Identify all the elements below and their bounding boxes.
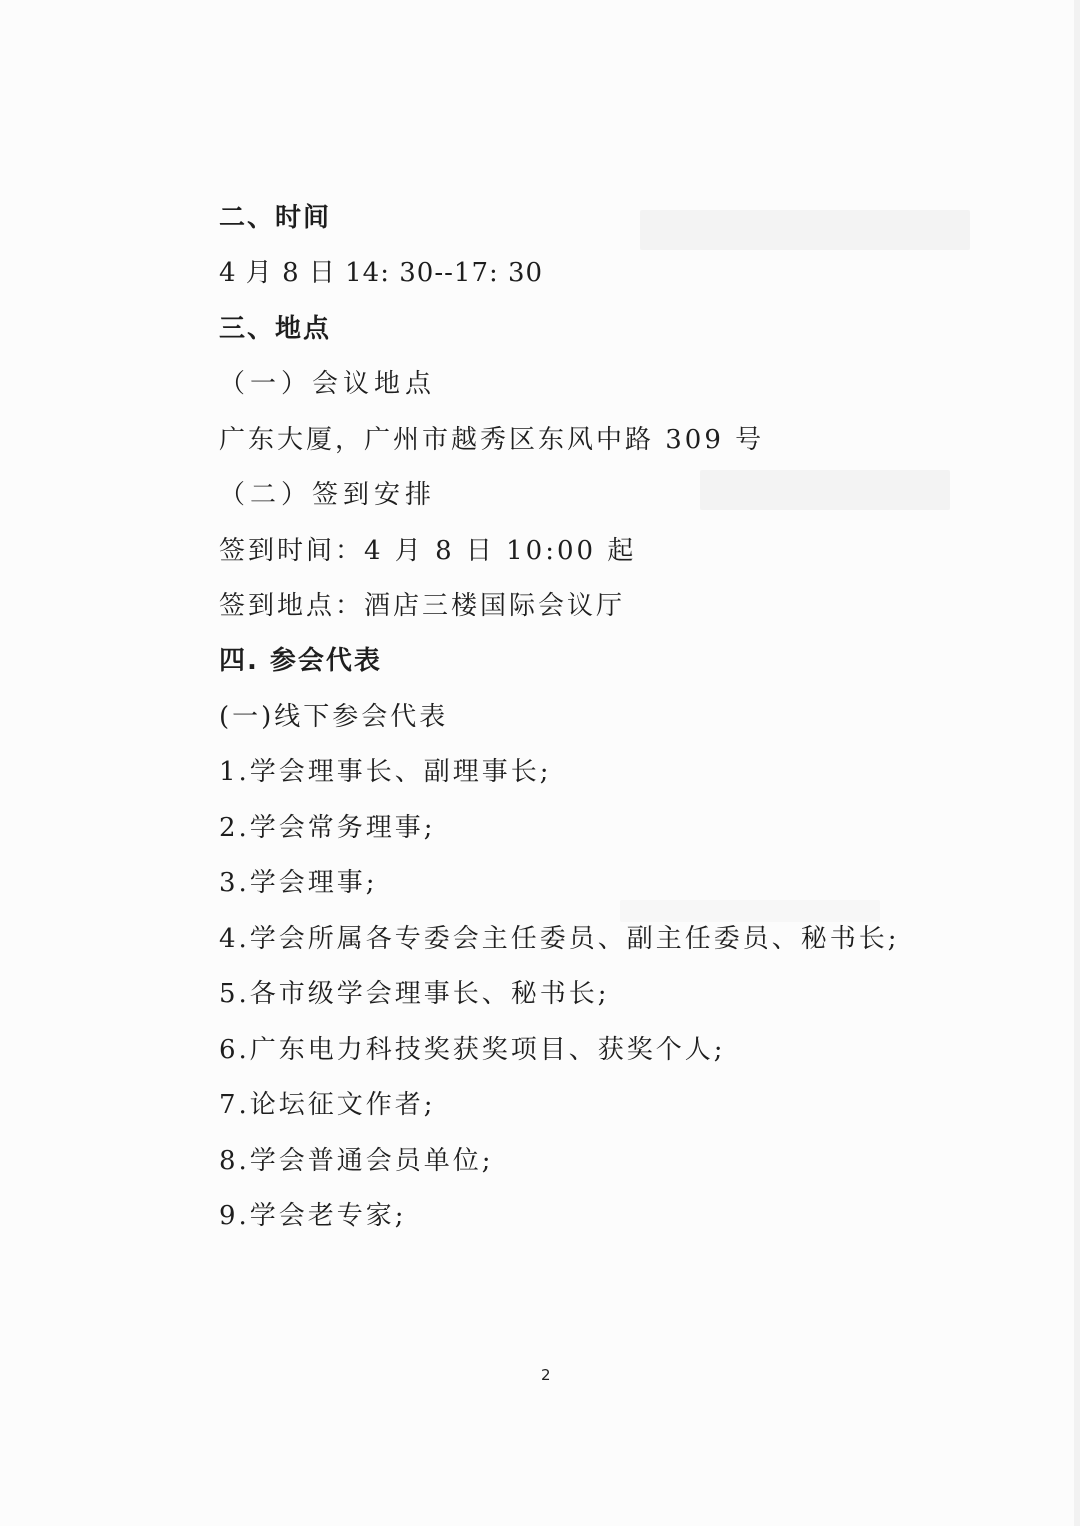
section-heading-attendees: 四. 参会代表 [219, 645, 382, 677]
list-item: 1.学会理事长、副理事长; [219, 756, 552, 788]
meeting-time: 4 月 8 日 14: 30--17: 30 [219, 257, 543, 289]
checkin-time: 签到时间：4 月 8 日 10:00 起 [219, 535, 636, 567]
list-item: 7.论坛征文作者; [219, 1089, 436, 1121]
section-heading-location: 三、地点 [219, 313, 331, 345]
list-item: 5.各市级学会理事长、秘书长; [219, 978, 610, 1010]
list-item: 9.学会老专家; [219, 1200, 407, 1232]
subsection-title-offline: (一)线下参会代表 [219, 701, 448, 733]
subsection-title-venue: （一）会议地点 [219, 368, 436, 400]
list-item: 8.学会普通会员单位; [219, 1145, 494, 1177]
subsection-title-checkin: （二）签到安排 [219, 479, 436, 511]
scan-bleed-through [620, 900, 880, 922]
checkin-location: 签到地点：酒店三楼国际会议厅 [219, 590, 625, 622]
venue-address: 广东大厦，广州市越秀区东风中路 309 号 [219, 424, 764, 456]
list-item: 4.学会所属各专委会主任委员、副主任委员、秘书长; [219, 923, 900, 955]
section-heading-time: 二、时间 [219, 202, 331, 234]
list-item: 2.学会常务理事; [219, 812, 436, 844]
list-item: 6.广东电力科技奖获奖项目、获奖个人; [219, 1034, 726, 1066]
document-page: 二、时间 4 月 8 日 14: 30--17: 30 三、地点 （一）会议地点… [0, 0, 1075, 1526]
page-number: 2 [541, 1366, 551, 1384]
scan-bleed-through [700, 470, 950, 510]
page-edge [1074, 0, 1080, 1526]
scan-bleed-through [640, 210, 970, 250]
list-item: 3.学会理事; [219, 867, 378, 899]
